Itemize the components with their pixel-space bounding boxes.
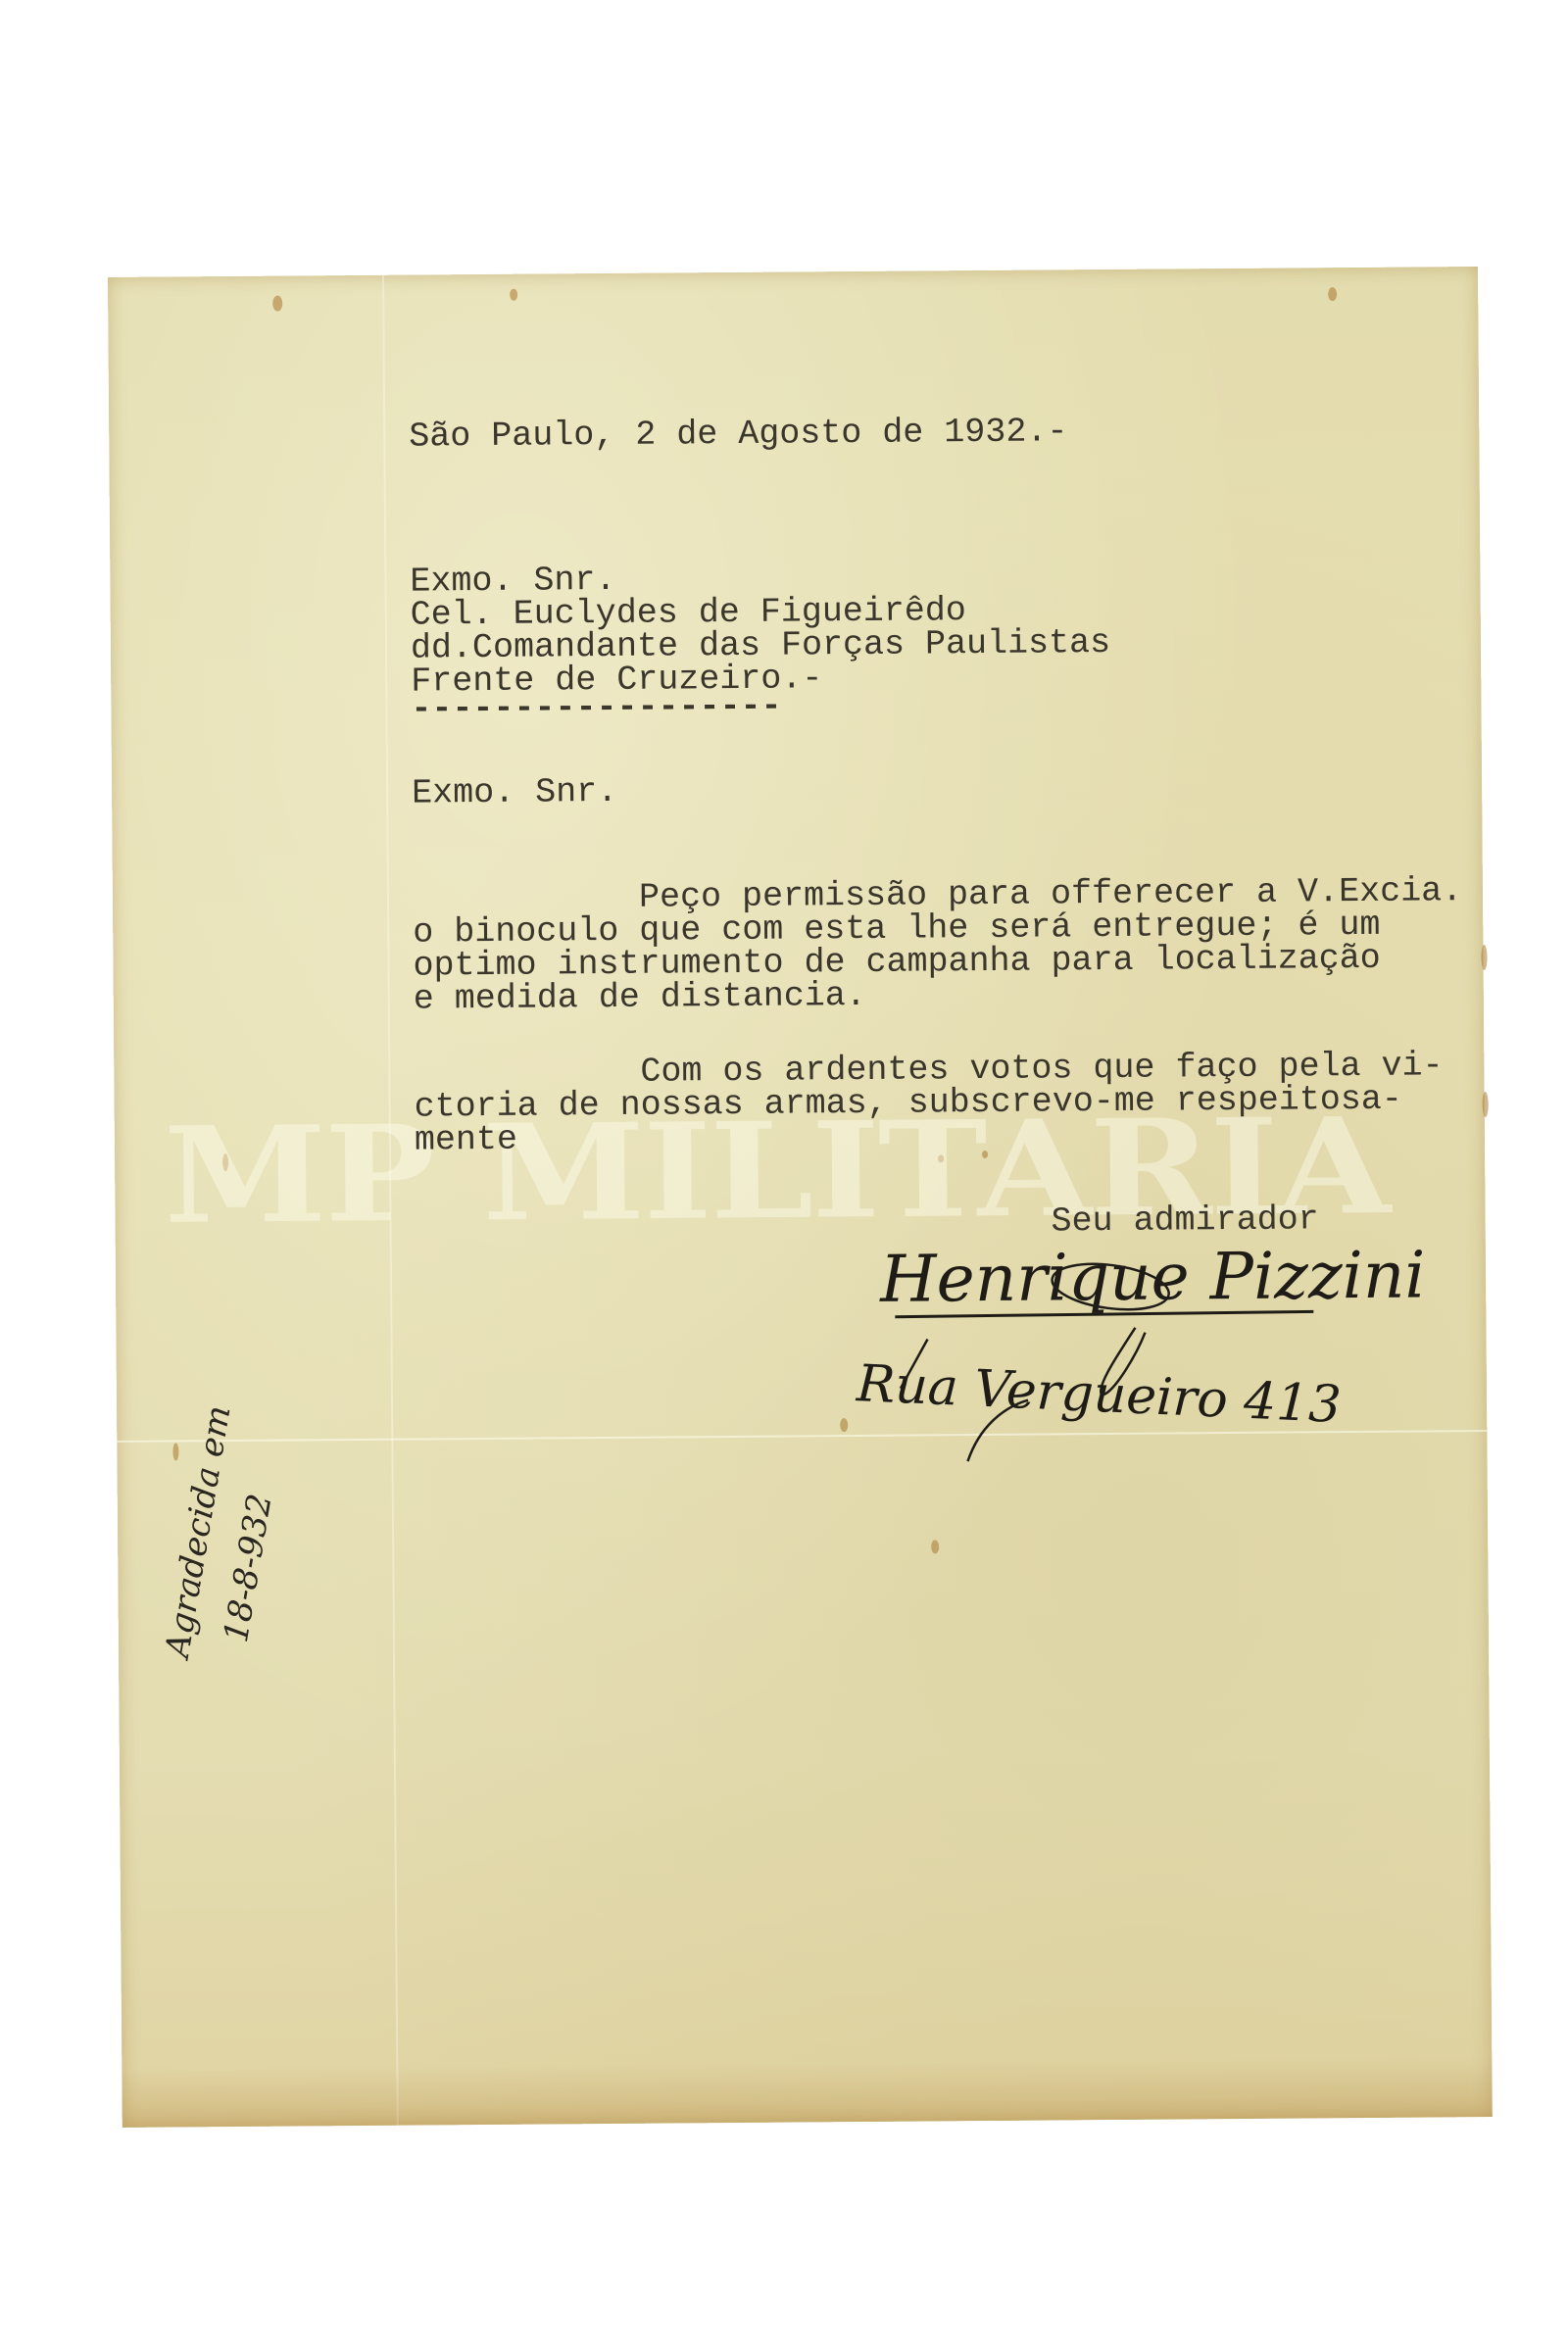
letter-paper: MP MILITARIA São Paulo, 2 de Agosto de 1… (108, 267, 1493, 2128)
signature-flourish (108, 267, 1493, 2128)
